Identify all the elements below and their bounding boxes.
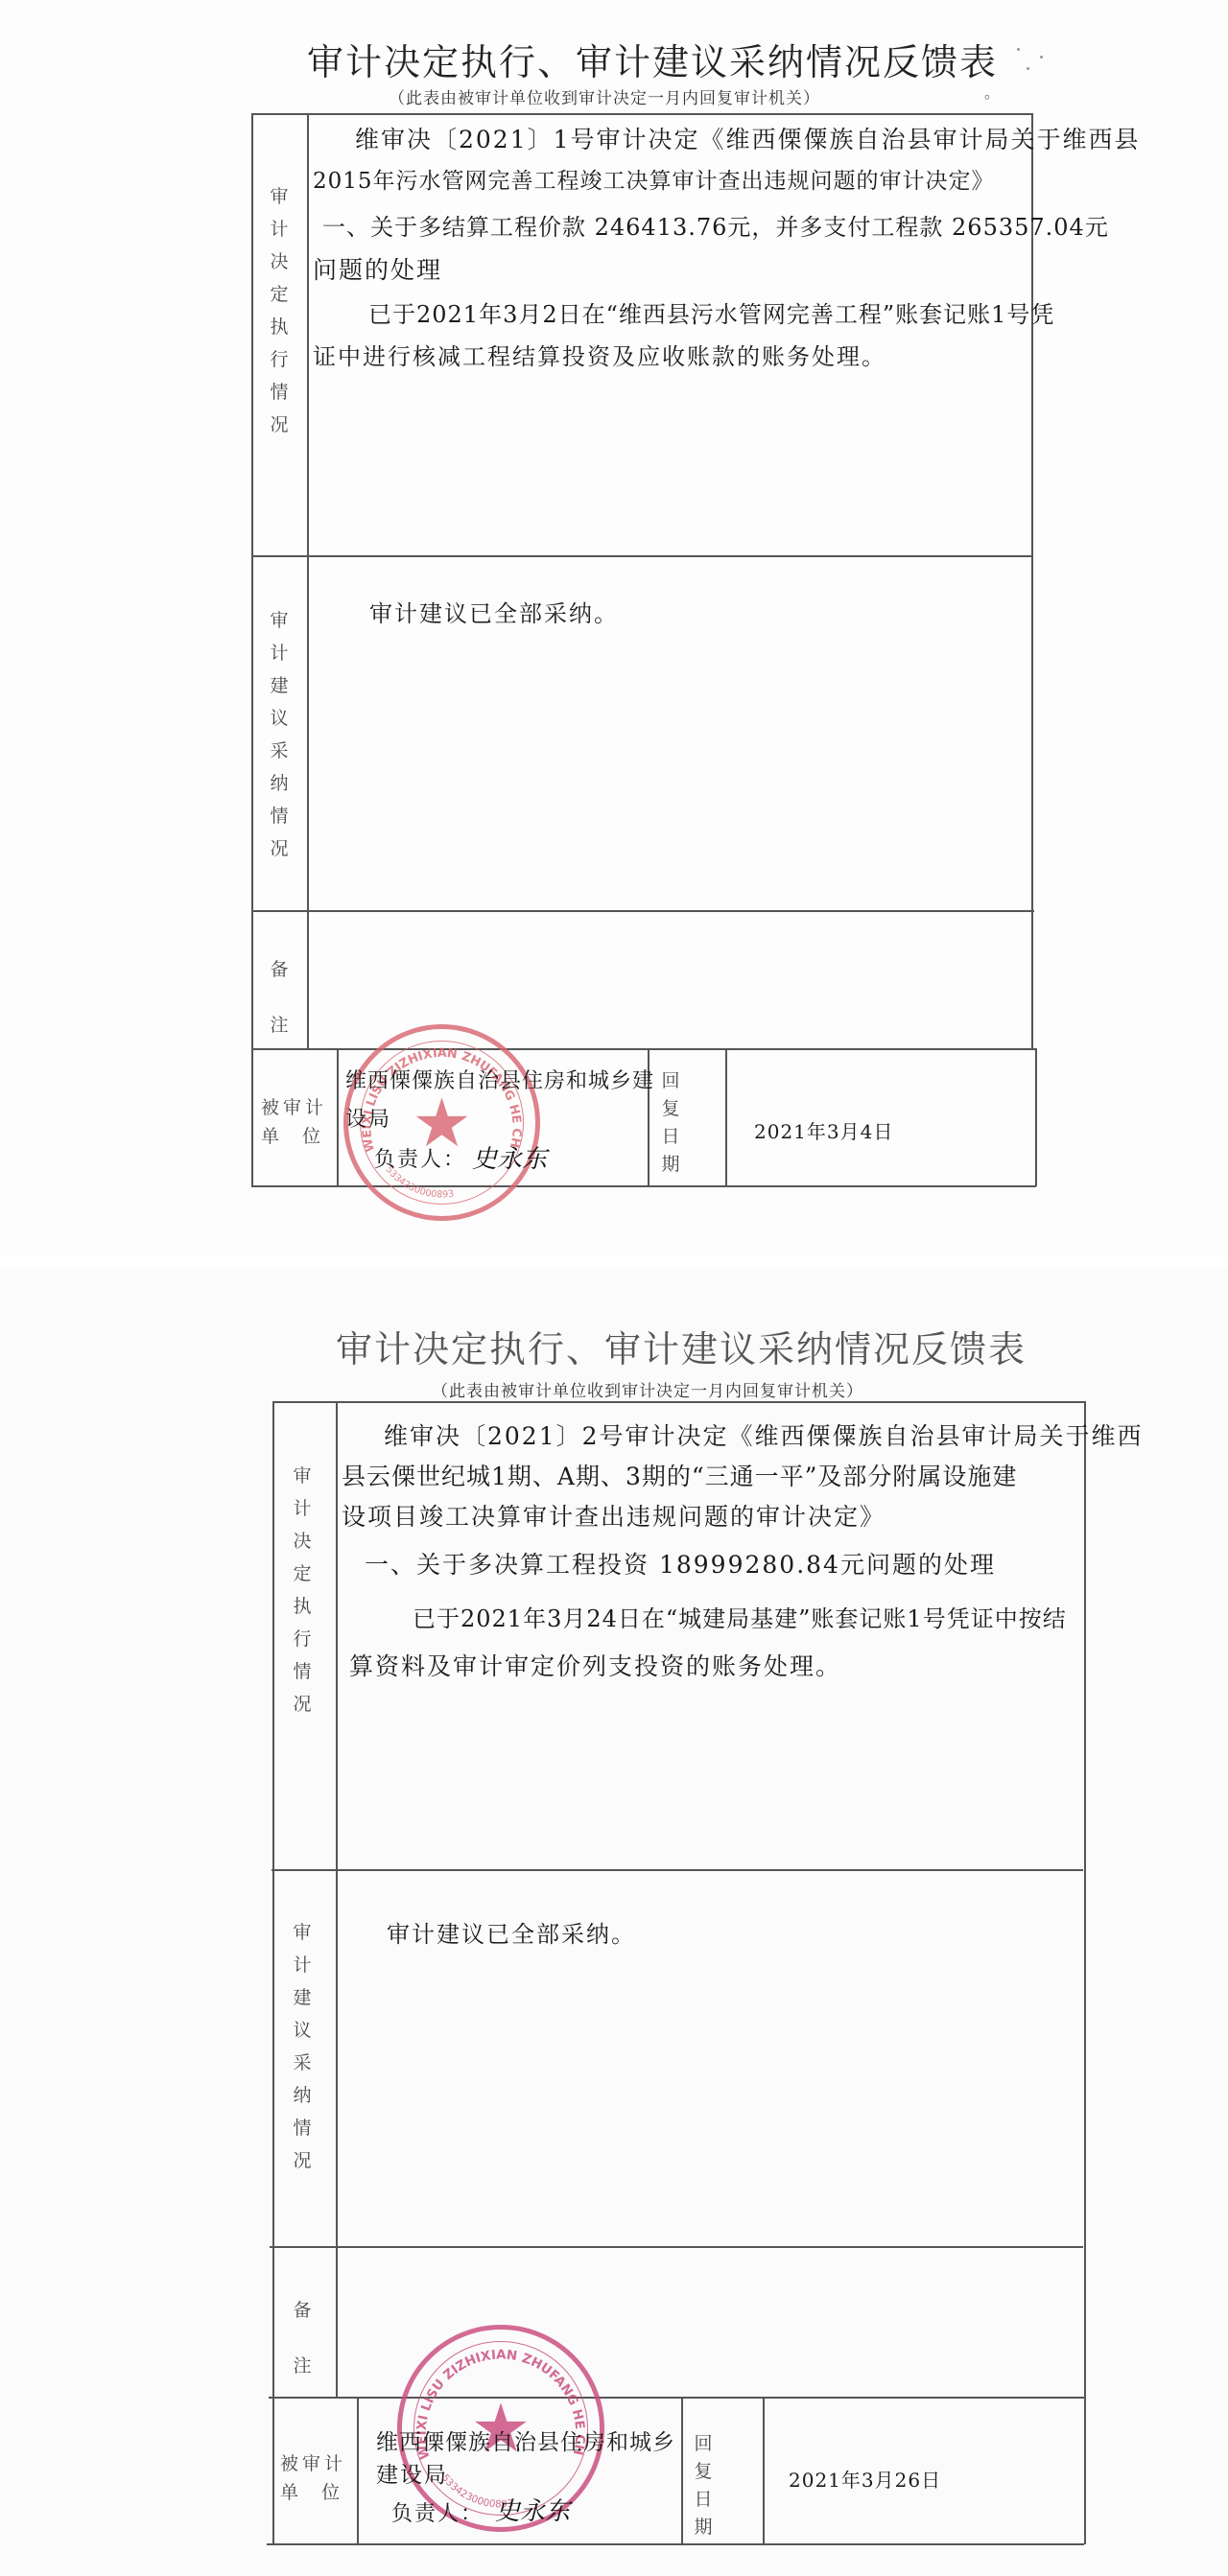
- row-label-adoption: 审计建议采纳情况: [265, 604, 294, 865]
- row-label-remarks: 备注: [288, 2283, 317, 2394]
- execution-line: 维审决〔2021〕1号审计决定《维西傈僳族自治县审计局关于维西县: [355, 121, 1141, 155]
- stray-mark: 。: [984, 81, 1000, 103]
- row-label-remarks: 备注: [265, 942, 294, 1053]
- form-page-2: 审计决定执行、审计建议采纳情况反馈表 （此表由被审计单位收到审计决定一月内回复审…: [0, 1268, 1228, 2576]
- adoption-text: 审计建议已全部采纳。: [369, 595, 619, 628]
- row-divider: [251, 1048, 1036, 1050]
- execution-line: 已于2021年3月24日在“城建局基建”账套记账1号凭证中按结: [413, 1600, 1067, 1633]
- row-label-audited-unit: 被审计单 位: [261, 1093, 327, 1151]
- label-column-divider: [336, 1401, 338, 2397]
- table-border-right: [1084, 1401, 1086, 2544]
- row-divider: [251, 555, 1032, 557]
- row-label-execution: 审计决定执行情况: [288, 1460, 317, 1721]
- table-border-left: [272, 1401, 274, 2544]
- audited-unit-name: 维西傈僳族自治县住房和城乡建: [345, 1065, 654, 1094]
- reply-date: 2021年3月26日: [789, 2465, 941, 2493]
- row-divider: [251, 910, 1034, 912]
- label-column-divider: [337, 1048, 339, 1186]
- audited-unit-name: 建设局: [376, 2457, 448, 2489]
- execution-line: 算资料及审计审定价列支投资的账务处理。: [349, 1648, 841, 1682]
- form-subtitle: （此表由被审计单位收到审计决定一月内回复审计机关）: [389, 84, 820, 108]
- column-divider: [681, 2397, 683, 2543]
- row-label-execution: 审计决定执行情况: [265, 180, 294, 441]
- signature: 史永东: [472, 1139, 547, 1175]
- form-title: 审计决定执行、审计建议采纳情况反馈表: [307, 33, 998, 85]
- column-divider: [763, 2397, 765, 2543]
- table-border-right: [1035, 1048, 1037, 1186]
- execution-line: 一、关于多结算工程价款 246413.76元，并多支付工程款 265357.04…: [322, 208, 1109, 242]
- reply-date: 2021年3月4日: [754, 1116, 893, 1144]
- row-label-audited-unit: 被审计单 位: [280, 2449, 346, 2507]
- execution-line: 维审决〔2021〕2号审计决定《维西傈僳族自治县审计局关于维西: [384, 1417, 1144, 1452]
- scan-speck: [1040, 56, 1043, 59]
- form-page-1: 审计决定执行、审计建议采纳情况反馈表 （此表由被审计单位收到审计决定一月内回复审…: [0, 0, 1228, 1256]
- table-border-bottom: [251, 1185, 1036, 1187]
- execution-line: 2015年污水管网完善工程竣工决算审计查出违规问题的审计决定》: [313, 163, 995, 195]
- label-column-divider: [307, 113, 309, 1049]
- row-label-reply-date: 回复日期: [689, 2430, 718, 2541]
- execution-line: 设项目竣工决算审计查出违规问题的审计决定》: [342, 1498, 886, 1533]
- row-divider: [270, 2246, 1083, 2248]
- scan-speck: [1017, 48, 1020, 51]
- table-border-right: [1031, 113, 1033, 1049]
- table-border-top: [272, 1401, 1084, 1403]
- execution-line: 问题的处理: [313, 251, 442, 286]
- row-label-adoption: 审计建议采纳情况: [288, 1916, 317, 2177]
- table-border-top: [251, 113, 1032, 115]
- execution-line: 县云傈世纪城1期、A期、3期的“三通一平”及部分附属设施建: [342, 1458, 1017, 1492]
- execution-line: 已于2021年3月2日在“维西县污水管网完善工程”账套记账1号凭: [368, 295, 1054, 329]
- row-divider: [272, 1869, 1083, 1871]
- execution-line: 证中进行核减工程结算投资及应收账款的账务处理。: [313, 338, 886, 371]
- adoption-text: 审计建议已全部采纳。: [387, 1915, 636, 1949]
- execution-line: 一、关于多决算工程投资 18999280.84元问题的处理: [365, 1546, 996, 1581]
- column-divider: [725, 1048, 727, 1186]
- table-border-left: [251, 113, 253, 1186]
- table-border-bottom: [267, 2543, 1084, 2545]
- row-divider: [269, 2397, 1084, 2399]
- scan-speck: [1027, 67, 1029, 70]
- form-subtitle: （此表由被审计单位收到审计决定一月内回复审计机关）: [432, 1377, 863, 1401]
- responsible-label: 负责人：: [374, 1143, 466, 1173]
- label-column-divider: [357, 2397, 359, 2543]
- signature: 史永东: [495, 2492, 570, 2527]
- form-title: 审计决定执行、审计建议采纳情况反馈表: [336, 1320, 1027, 1372]
- responsible-label: 负责人：: [391, 2497, 484, 2527]
- row-label-reply-date: 回复日期: [656, 1067, 685, 1179]
- audited-unit-name: 设局: [345, 1103, 391, 1133]
- audited-unit-name: 维西傈僳族自治县住房和城乡: [376, 2424, 675, 2456]
